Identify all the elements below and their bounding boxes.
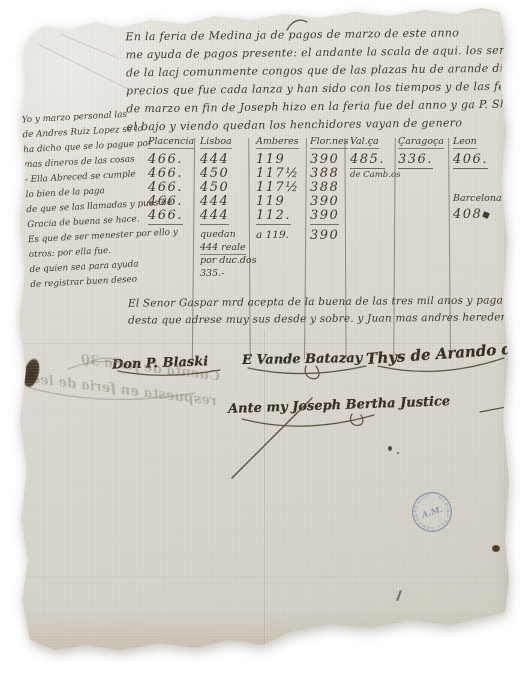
column-header: Çaragoça bbox=[398, 136, 444, 149]
column-footnote: 390 bbox=[310, 228, 339, 244]
rate-value: 119 bbox=[256, 153, 285, 167]
stamp-center-text: A.M. bbox=[419, 504, 443, 520]
ink-speck bbox=[388, 446, 392, 451]
rate-value: 450 bbox=[200, 167, 229, 181]
main-line: el bajo y viendo quedan los henchidores … bbox=[126, 114, 514, 137]
rate-value: 408 bbox=[453, 207, 482, 223]
closing-paragraph: El Senor Gaspar mrd acepta de la buena d… bbox=[128, 292, 514, 329]
edge-stain-bottom bbox=[0, 612, 520, 690]
fold-crease-horizontal-2 bbox=[0, 577, 520, 579]
rate-value: 485. bbox=[350, 153, 385, 169]
column-footnote: por duc.dos bbox=[200, 255, 257, 268]
ink-dot bbox=[492, 545, 500, 552]
archive-stamp: ARCHIVO · MEDINA DEL CAMPO · A.M. bbox=[395, 475, 468, 548]
column-header: Placencia bbox=[148, 136, 194, 149]
signature-middle: E Vande Batazay bbox=[242, 351, 363, 368]
column-header: Amberes bbox=[256, 136, 299, 149]
paper-shadow: En la feria de Medina ja de pagos de mar… bbox=[0, 0, 520, 690]
closing-line: desta que adrese muy sus desde y sobre. … bbox=[128, 309, 514, 329]
table-column-florines: Flor.nes 390 388 388 390 390 390 bbox=[310, 136, 348, 244]
rate-value: 119 bbox=[256, 195, 285, 209]
rate-value: 450 bbox=[200, 181, 229, 195]
rate-value: 117½ bbox=[256, 181, 299, 195]
rate-value: 390 bbox=[310, 209, 339, 225]
rate-value: 390 bbox=[310, 153, 339, 167]
margin-note: Yo y marzo personal las de Andres Ruiz L… bbox=[21, 107, 154, 293]
rate-value: 466. bbox=[148, 167, 183, 181]
paper: En la feria de Medina ja de pagos de mar… bbox=[0, 0, 520, 690]
rubric-loop-middle bbox=[305, 366, 319, 379]
rate-value: 466. bbox=[148, 195, 183, 209]
column-header: Lisboa bbox=[200, 136, 232, 149]
stamp-ring-text: ARCHIVO · MEDINA DEL CAMPO · bbox=[395, 475, 456, 539]
column-header: Flor.nes bbox=[310, 136, 348, 149]
column-footnote: Barcelona bbox=[453, 193, 502, 206]
column-header: Val.ça bbox=[350, 136, 379, 149]
rate-value: 466. bbox=[148, 153, 183, 167]
main-paragraph: En la feria de Medina ja de pagos de mar… bbox=[125, 24, 514, 137]
rate-value: 444 bbox=[200, 209, 229, 225]
edge-stain-left bbox=[0, 0, 16, 690]
fold-crease-vertical bbox=[264, 330, 266, 670]
rate-value: 466. bbox=[148, 181, 183, 195]
verso-showthrough: Cuenta de feria 30 respuesta en feria de… bbox=[12, 340, 222, 415]
table-column-placencia: Placencia 466. 466. 466. 466. 466. bbox=[148, 136, 194, 225]
rate-value: 336. bbox=[398, 153, 433, 169]
signature-notary: Ante my Joseph Bertha Justice bbox=[228, 394, 451, 417]
rate-value: 117½ bbox=[256, 167, 299, 181]
column-footnote: de Camb.os bbox=[350, 169, 400, 182]
pen-tick bbox=[396, 590, 401, 601]
table-column-zaragoza: Çaragoça 336. bbox=[398, 136, 444, 169]
rate-value: 444 bbox=[200, 195, 229, 209]
rubric-loop-notary bbox=[350, 414, 362, 425]
edge-stain-top bbox=[0, 0, 520, 14]
column-footnote: 444 reale bbox=[200, 242, 246, 256]
rate-value: 466. bbox=[148, 209, 183, 225]
ink-speck bbox=[397, 452, 399, 454]
rate-value: 406. bbox=[453, 153, 488, 169]
rate-value: 444 bbox=[200, 153, 229, 167]
rate-value: 112. bbox=[256, 209, 291, 225]
column-footnote: 335.- bbox=[200, 268, 224, 281]
table-column-leon: Leon 406. Barcelona 408 bbox=[453, 136, 502, 223]
rate-value: 388 bbox=[310, 181, 339, 195]
table-column-valencia: Val.ça 485. de Camb.os bbox=[350, 136, 400, 182]
manuscript-photo: En la feria de Medina ja de pagos de mar… bbox=[0, 0, 520, 690]
rate-value: 388 bbox=[310, 167, 339, 181]
rubric-signature-notary bbox=[242, 415, 374, 426]
table-column-amberes: Amberes 119 117½ 117½ 119 112. a 119. bbox=[256, 136, 299, 242]
table-column-lisboa: Lisboa 444 450 450 444 444 quedan 444 re… bbox=[200, 136, 257, 280]
column-footnote: quedan bbox=[200, 229, 236, 242]
rate-value: 390 bbox=[310, 195, 339, 209]
column-footnote: a 119. bbox=[256, 228, 289, 242]
column-header: Leon bbox=[453, 136, 477, 149]
